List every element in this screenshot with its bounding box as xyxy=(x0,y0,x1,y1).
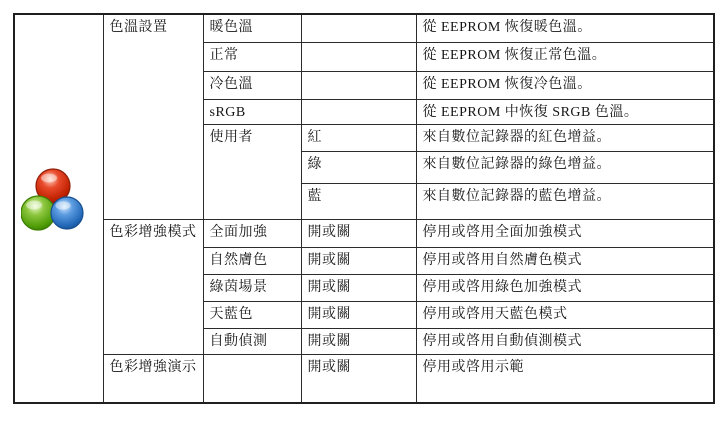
option-cell xyxy=(203,354,301,403)
option-cell: 自動偵測 xyxy=(203,328,301,354)
section-title: 色彩增強模式 xyxy=(103,219,203,354)
option-cell: 使用者 xyxy=(203,124,301,219)
option-cell: sRGB xyxy=(203,99,301,124)
sub-option-cell xyxy=(301,99,416,124)
description-cell: 來自數位記錄器的藍色增益。 xyxy=(416,183,714,219)
description-cell: 停用或啓用綠色加強模式 xyxy=(416,274,714,301)
sub-option-cell: 綠 xyxy=(301,151,416,183)
description-cell: 來自數位記錄器的紅色增益。 xyxy=(416,124,714,151)
option-cell: 全面加強 xyxy=(203,219,301,247)
sub-option-cell: 開或關 xyxy=(301,274,416,301)
sub-option-cell xyxy=(301,42,416,71)
osd-settings-table: 色溫設置 暖色溫 從 EEPROM 恢復暖色溫。 正常 從 EEPROM 恢復正… xyxy=(13,13,715,404)
sub-option-cell: 開或關 xyxy=(301,328,416,354)
description-cell: 來自數位記錄器的綠色增益。 xyxy=(416,151,714,183)
section-title: 色溫設置 xyxy=(103,14,203,219)
option-cell: 暖色溫 xyxy=(203,14,301,42)
description-cell: 從 EEPROM 恢復正常色溫。 xyxy=(416,42,714,71)
blue-ball xyxy=(51,197,83,229)
option-cell: 冷色溫 xyxy=(203,71,301,99)
description-cell: 停用或啓用自動偵測模式 xyxy=(416,328,714,354)
description-cell: 從 EEPROM 恢復暖色溫。 xyxy=(416,14,714,42)
description-cell: 從 EEPROM 恢復冷色溫。 xyxy=(416,71,714,99)
description-cell: 停用或啓用天藍色模式 xyxy=(416,301,714,328)
sub-option-cell: 開或關 xyxy=(301,219,416,247)
green-ball xyxy=(21,196,55,230)
sub-option-cell: 紅 xyxy=(301,124,416,151)
document-page: 色溫設置 暖色溫 從 EEPROM 恢復暖色溫。 正常 從 EEPROM 恢復正… xyxy=(0,0,728,431)
sub-option-cell xyxy=(301,71,416,99)
option-cell: 天藍色 xyxy=(203,301,301,328)
sub-option-cell: 藍 xyxy=(301,183,416,219)
sub-option-cell xyxy=(301,14,416,42)
section-title: 色彩增強演示 xyxy=(103,354,203,403)
sub-option-cell: 開或關 xyxy=(301,354,416,403)
option-cell: 自然膚色 xyxy=(203,247,301,274)
rgb-color-balls-icon xyxy=(21,166,85,234)
option-cell: 正常 xyxy=(203,42,301,71)
description-cell: 停用或啓用示範 xyxy=(416,354,714,403)
description-cell: 停用或啓用全面加強模式 xyxy=(416,219,714,247)
option-cell: 綠茵場景 xyxy=(203,274,301,301)
sub-option-cell: 開或關 xyxy=(301,247,416,274)
sub-option-cell: 開或關 xyxy=(301,301,416,328)
description-cell: 停用或啓用自然膚色模式 xyxy=(416,247,714,274)
description-cell: 從 EEPROM 中恢復 SRGB 色溫。 xyxy=(416,99,714,124)
